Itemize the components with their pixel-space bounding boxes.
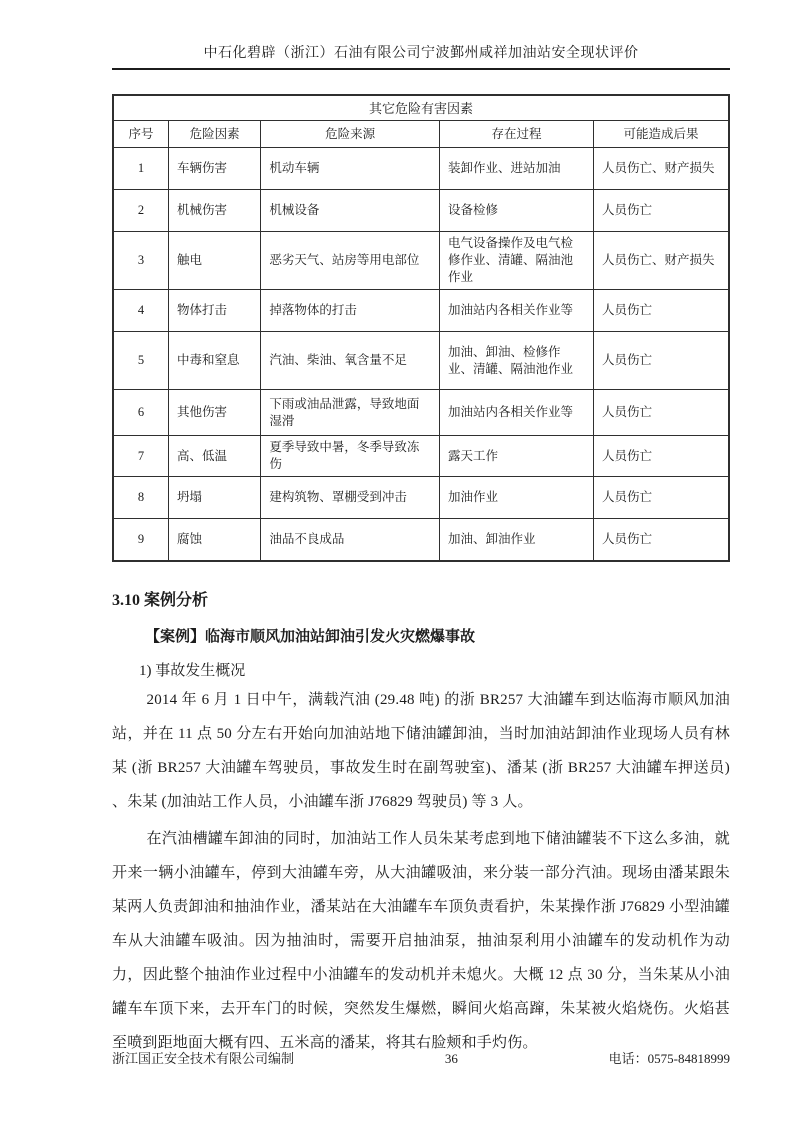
footer-phone: 电话：0575-84818999 — [609, 1048, 730, 1067]
cell-hazard-factor: 物体打击 — [168, 290, 260, 332]
table-row: 9 腐蚀 油品不良成品 加油、卸油作业 人员伤亡 — [113, 519, 729, 561]
table-row: 3 触电 恶劣天气、站房等用电部位 电气设备操作及电气检修作业、清罐、隔油池作业… — [113, 232, 729, 290]
cell-process: 设备检修 — [439, 190, 593, 232]
cell-consequence: 人员伤亡 — [593, 477, 729, 519]
column-header-hazard-source: 危险来源 — [261, 121, 440, 148]
paragraph-accident-overview-2: 在汽油槽罐车卸油的同时，加油站工作人员朱某考虑到地下储油罐装不下这么多油，就开来… — [112, 822, 730, 1060]
cell-hazard-source: 油品不良成品 — [261, 519, 440, 561]
cell-consequence: 人员伤亡、财产损失 — [593, 148, 729, 190]
cell-index: 4 — [113, 290, 168, 332]
cell-index: 7 — [113, 436, 168, 477]
table-title-row: 其它危险有害因素 — [113, 95, 729, 121]
cell-hazard-source: 恶劣天气、站房等用电部位 — [261, 232, 440, 290]
page-header: 中石化碧辟（浙江）石油有限公司宁波鄞州咸祥加油站安全现状评价 — [112, 0, 730, 70]
cell-index: 8 — [113, 477, 168, 519]
hazards-table-head: 其它危险有害因素 序号 危险因素 危险来源 存在过程 可能造成后果 — [113, 95, 729, 148]
cell-hazard-factor: 车辆伤害 — [168, 148, 260, 190]
table-row: 1 车辆伤害 机动车辆 装卸作业、进站加油 人员伤亡、财产损失 — [113, 148, 729, 190]
cell-index: 5 — [113, 332, 168, 390]
cell-hazard-source: 掉落物体的打击 — [261, 290, 440, 332]
cell-process: 装卸作业、进站加油 — [439, 148, 593, 190]
cell-hazard-source: 机动车辆 — [261, 148, 440, 190]
column-header-hazard-factor: 危险因素 — [168, 121, 260, 148]
column-header-process: 存在过程 — [439, 121, 593, 148]
cell-consequence: 人员伤亡 — [593, 390, 729, 436]
cell-hazard-source: 下雨或油品泄露，导致地面湿滑 — [261, 390, 440, 436]
cell-hazard-factor: 触电 — [168, 232, 260, 290]
cell-index: 2 — [113, 190, 168, 232]
section-heading: 3.10 案例分析 — [112, 587, 730, 610]
cell-consequence: 人员伤亡 — [593, 519, 729, 561]
cell-hazard-factor: 腐蚀 — [168, 519, 260, 561]
cell-process: 加油、卸油作业 — [439, 519, 593, 561]
cell-hazard-source: 夏季导致中暑，冬季导致冻伤 — [261, 436, 440, 477]
document-page: 中石化碧辟（浙江）石油有限公司宁波鄞州咸祥加油站安全现状评价 其它危险有害因素 … — [0, 0, 800, 1131]
cell-index: 9 — [113, 519, 168, 561]
cell-process: 加油站内各相关作业等 — [439, 290, 593, 332]
cell-process: 加油、卸油、检修作业、清罐、隔油池作业 — [439, 332, 593, 390]
cell-hazard-factor: 高、低温 — [168, 436, 260, 477]
cell-process: 加油站内各相关作业等 — [439, 390, 593, 436]
cell-index: 6 — [113, 390, 168, 436]
column-header-consequence: 可能造成后果 — [593, 121, 729, 148]
cell-process: 加油作业 — [439, 477, 593, 519]
table-row: 4 物体打击 掉落物体的打击 加油站内各相关作业等 人员伤亡 — [113, 290, 729, 332]
cell-process: 电气设备操作及电气检修作业、清罐、隔油池作业 — [439, 232, 593, 290]
table-title: 其它危险有害因素 — [113, 95, 729, 121]
hazards-table-body: 1 车辆伤害 机动车辆 装卸作业、进站加油 人员伤亡、财产损失 2 机械伤害 机… — [113, 148, 729, 561]
cell-hazard-factor: 中毒和窒息 — [168, 332, 260, 390]
cell-process: 露天工作 — [439, 436, 593, 477]
cell-consequence: 人员伤亡 — [593, 190, 729, 232]
cell-hazard-source: 机械设备 — [261, 190, 440, 232]
table-row: 7 高、低温 夏季导致中暑，冬季导致冻伤 露天工作 人员伤亡 — [113, 436, 729, 477]
cell-hazard-source: 汽油、柴油、氧含量不足 — [261, 332, 440, 390]
footer-company: 浙江国正安全技术有限公司编制 — [112, 1048, 294, 1067]
header-divider — [112, 68, 730, 70]
case-title: 【案例】临海市顺风加油站卸油引发火灾燃爆事故 — [112, 625, 730, 646]
cell-consequence: 人员伤亡 — [593, 436, 729, 477]
column-header-row: 序号 危险因素 危险来源 存在过程 可能造成后果 — [113, 121, 729, 148]
table-row: 6 其他伤害 下雨或油品泄露，导致地面湿滑 加油站内各相关作业等 人员伤亡 — [113, 390, 729, 436]
table-row: 8 坍塌 建构筑物、罩棚受到冲击 加油作业 人员伤亡 — [113, 477, 729, 519]
subsection-title: 1) 事故发生概况 — [112, 659, 730, 680]
hazards-table: 其它危险有害因素 序号 危险因素 危险来源 存在过程 可能造成后果 1 车辆伤害… — [112, 94, 730, 562]
paragraph-accident-overview-1: 2014 年 6 月 1 日中午，满载汽油 (29.48 吨) 的浙 BR257… — [112, 683, 730, 819]
page-footer: 浙江国正安全技术有限公司编制 36 电话：0575-84818999 — [112, 1048, 730, 1067]
column-header-index: 序号 — [113, 121, 168, 148]
cell-hazard-source: 建构筑物、罩棚受到冲击 — [261, 477, 440, 519]
page-header-title: 中石化碧辟（浙江）石油有限公司宁波鄞州咸祥加油站安全现状评价 — [112, 44, 730, 64]
cell-index: 3 — [113, 232, 168, 290]
cell-consequence: 人员伤亡 — [593, 332, 729, 390]
table-row: 5 中毒和窒息 汽油、柴油、氧含量不足 加油、卸油、检修作业、清罐、隔油池作业 … — [113, 332, 729, 390]
content-area: 中石化碧辟（浙江）石油有限公司宁波鄞州咸祥加油站安全现状评价 其它危险有害因素 … — [112, 0, 730, 1060]
table-row: 2 机械伤害 机械设备 设备检修 人员伤亡 — [113, 190, 729, 232]
cell-hazard-factor: 坍塌 — [168, 477, 260, 519]
cell-index: 1 — [113, 148, 168, 190]
cell-consequence: 人员伤亡、财产损失 — [593, 232, 729, 290]
cell-consequence: 人员伤亡 — [593, 290, 729, 332]
cell-hazard-factor: 其他伤害 — [168, 390, 260, 436]
footer-page-number: 36 — [445, 1051, 458, 1067]
cell-hazard-factor: 机械伤害 — [168, 190, 260, 232]
